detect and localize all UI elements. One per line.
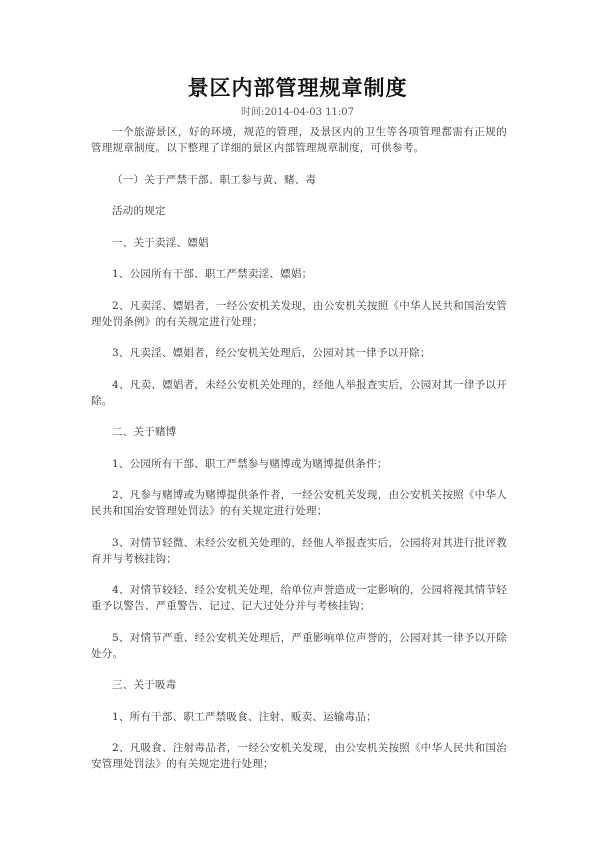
list-item: 1、公园所有干部、职工严禁卖淫、嫖娼；	[91, 266, 507, 282]
list-item: 5、对情节严重、经公安机关处理后，严重影响单位声誉的，公园对其一律予以开除处分。	[91, 630, 507, 662]
list-item: 2、凡吸食、注射毒品者，一经公安机关发现，由公安机关按照《中华人民共和国治安管理…	[91, 740, 507, 772]
section-heading: 三、关于吸毒	[91, 677, 507, 693]
document-title: 景区内部管理规章制度	[0, 72, 595, 102]
document-body: 一个旅游景区，好的环境，规范的管理，及景区内的卫生等各项管理都需有正规的管理规章…	[91, 124, 507, 788]
list-item: 4、对情节较轻、经公安机关处理，给单位声誉造成一定影响的，公园将视其情节轻重予以…	[91, 582, 507, 614]
document-page: 景区内部管理规章制度 时间:2014-04-03 11:07 一个旅游景区，好的…	[0, 0, 595, 842]
heading-paragraph: （一）关于严禁干部、职工参与黄、赌、毒	[91, 172, 507, 188]
list-item: 2、凡卖淫、嫖娼者，一经公安机关发现，由公安机关按照《中华人民共和国治安管理处罚…	[91, 298, 507, 330]
intro-paragraph: 一个旅游景区，好的环境，规范的管理，及景区内的卫生等各项管理都需有正规的管理规章…	[91, 124, 507, 156]
publish-time: 时间:2014-04-03 11:07	[0, 103, 595, 118]
list-item: 3、凡卖淫、嫖娼者，经公安机关处理后，公园对其一律予以开除；	[91, 345, 507, 361]
list-item: 2、凡参与赌博或为赌博提供条件者，一经公安机关发现，由公安机关按照《中华人民共和…	[91, 487, 507, 519]
list-item: 1、公园所有干部、职工严禁参与赌博或为赌博提供条件；	[91, 456, 507, 472]
section-heading: 一、关于卖淫、嫖娼	[91, 235, 507, 251]
section-heading: 二、关于赌博	[91, 424, 507, 440]
list-item: 1、所有干部、职工严禁吸食、注射、贩卖、运输毒品；	[91, 709, 507, 725]
list-item: 3、对情节轻微、未经公安机关处理的，经他人举报查实后，公园将对其进行批评教育并与…	[91, 535, 507, 567]
heading-paragraph: 活动的规定	[91, 203, 507, 219]
list-item: 4、凡卖、嫖娼者，未经公安机关处理的，经他人举报查实后，公园对其一律予以开除。	[91, 377, 507, 409]
